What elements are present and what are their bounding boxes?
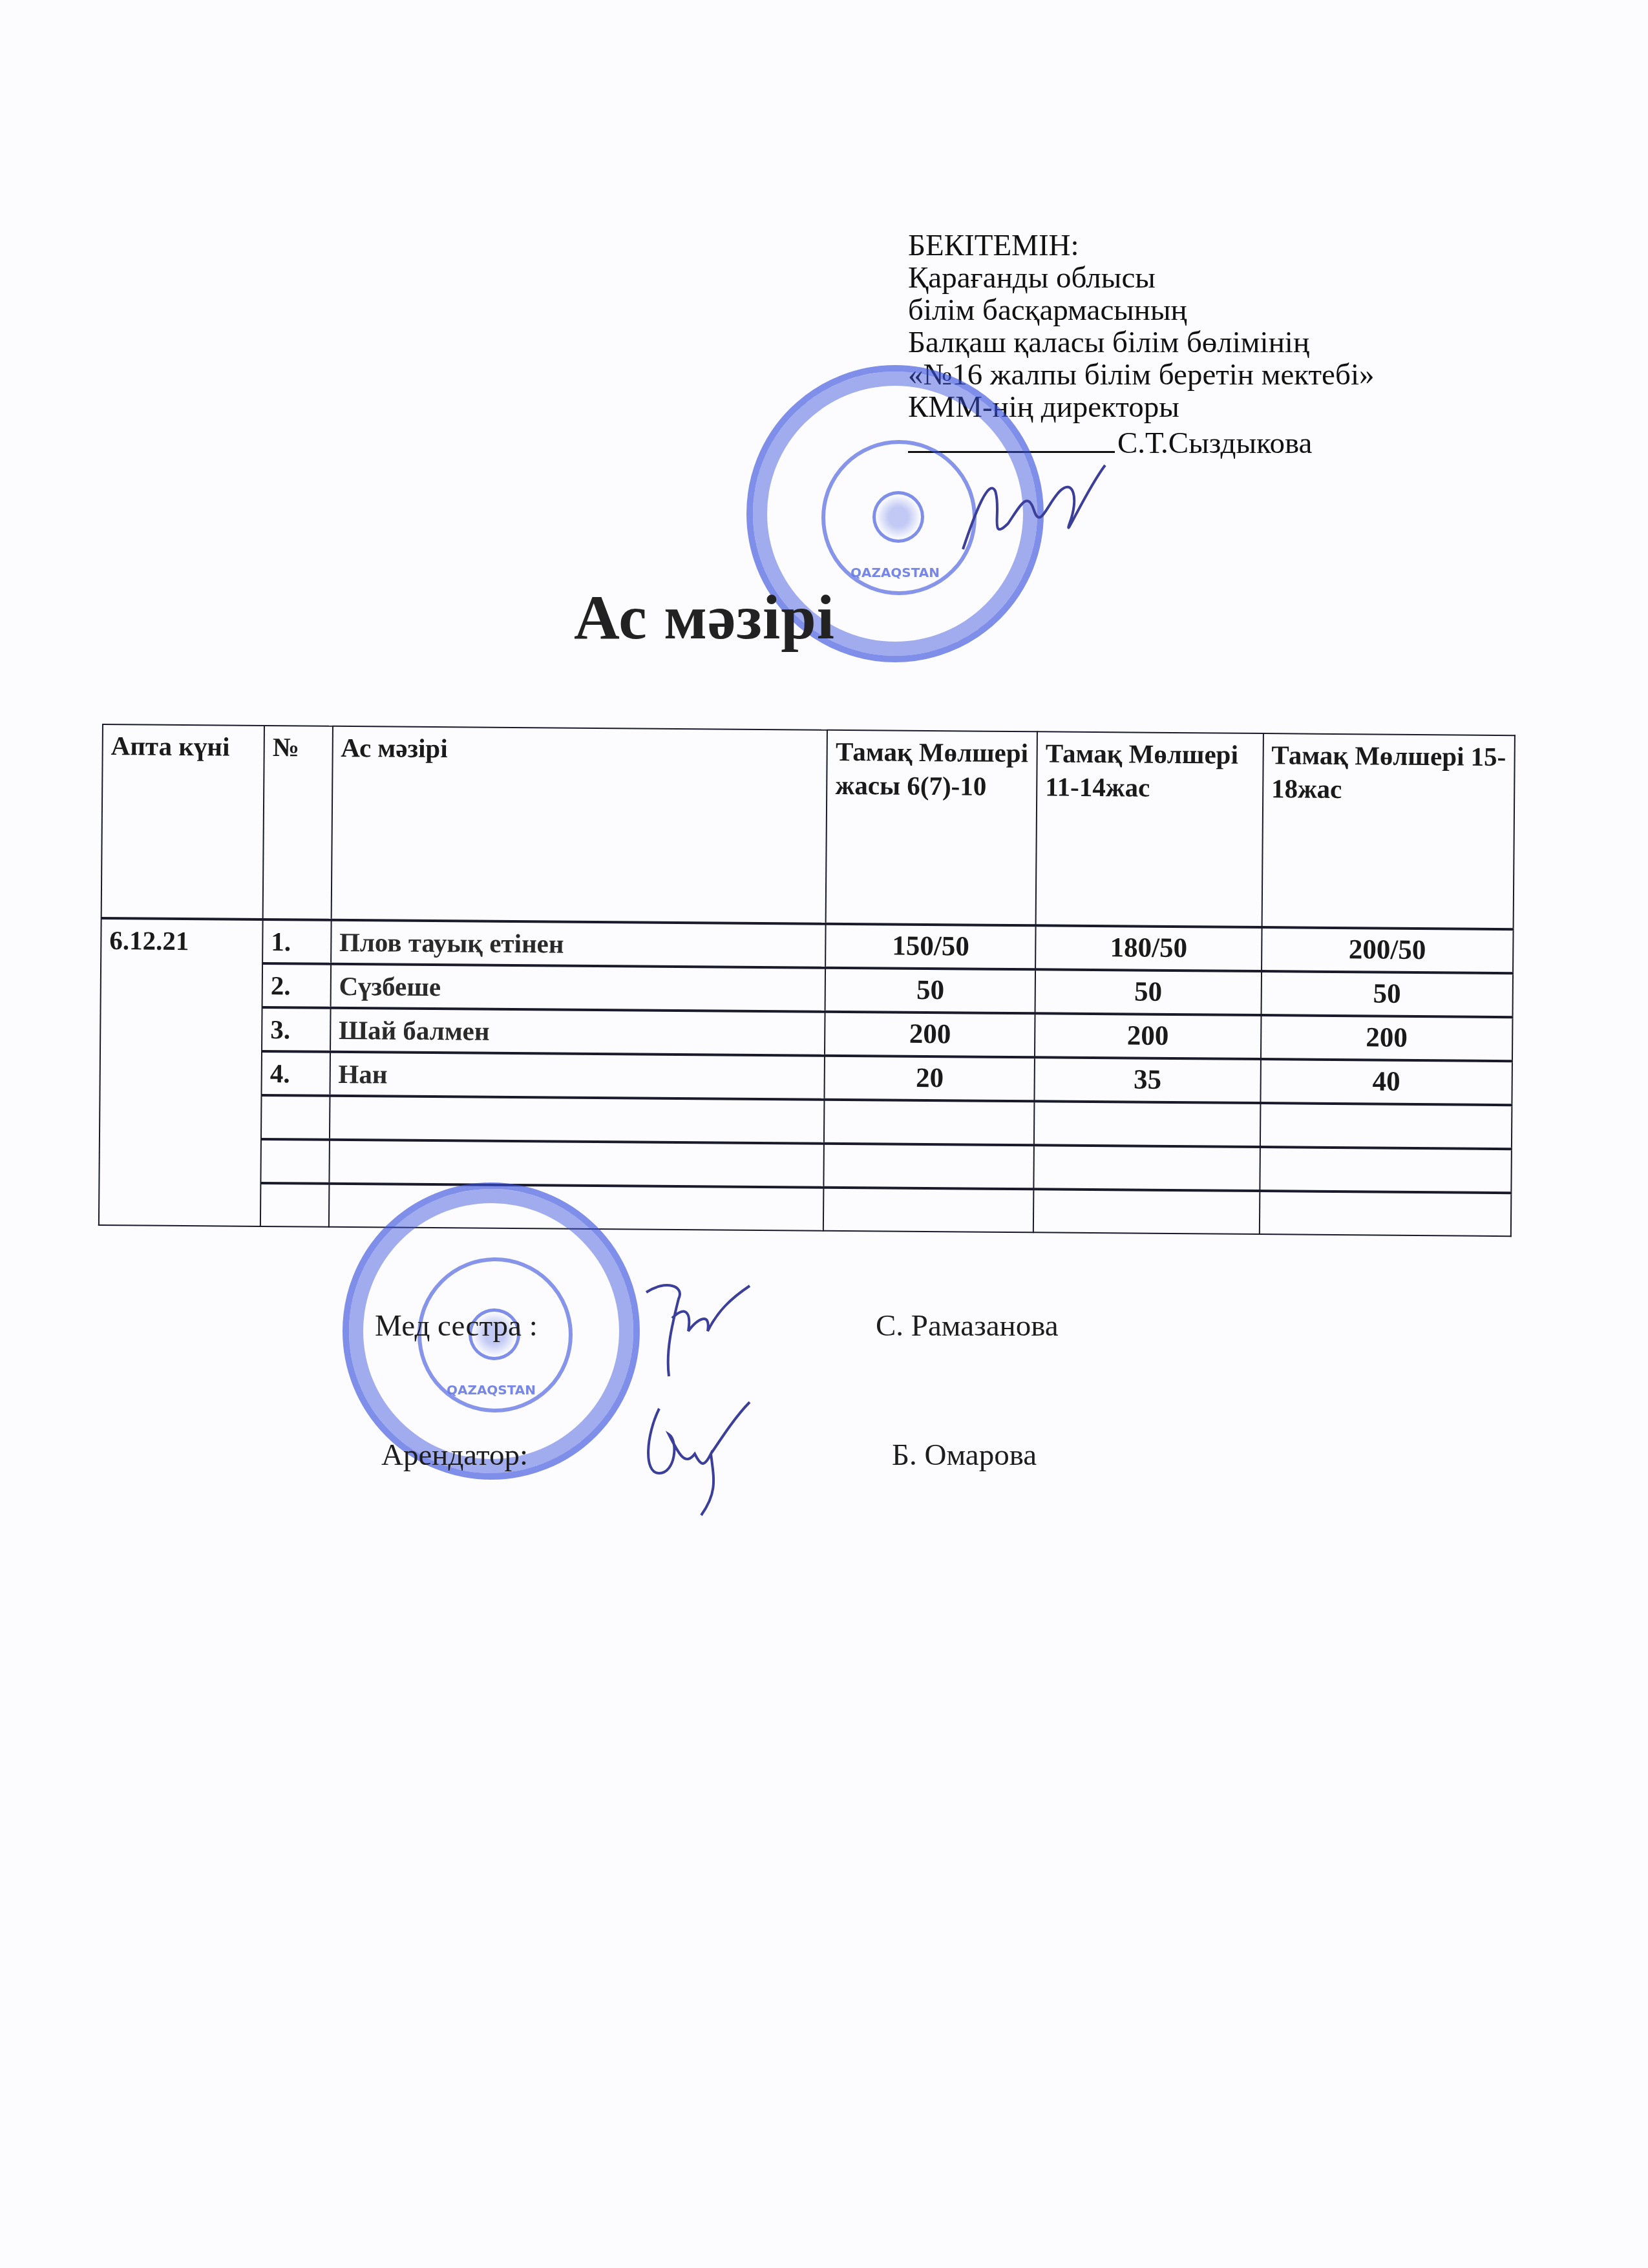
- amount-6-10-cell: [824, 1100, 1034, 1146]
- signature-label-tenant: Арендатор:: [381, 1438, 528, 1473]
- amount-11-14-cell: 200: [1035, 1013, 1261, 1059]
- menu-table: Апта күні № Ас мәзірі Тамақ Мөлшері жасы…: [98, 724, 1516, 1237]
- header-day: Апта күні: [101, 724, 264, 919]
- page-title: Ас мәзірі: [574, 582, 835, 654]
- nurse-signature-icon: [640, 1273, 756, 1383]
- amount-6-10-cell: 200: [825, 1012, 1035, 1058]
- amount-15-18-cell: [1260, 1191, 1512, 1236]
- stamp-emblem-core: [872, 491, 924, 543]
- item-number-cell: [260, 1139, 329, 1184]
- table-body: 6.12.211.Плов тауық етінен150/50180/5020…: [99, 918, 1514, 1236]
- amount-6-10-cell: [824, 1144, 1034, 1190]
- item-number-cell: 4.: [262, 1051, 330, 1096]
- approval-line: білім басқармасының: [908, 294, 1374, 326]
- amount-11-14-cell: 50: [1035, 969, 1262, 1015]
- header-number: №: [263, 726, 333, 920]
- item-number-cell: 3.: [262, 1007, 330, 1052]
- stamp-emblem-text: QAZAQSTAN: [753, 565, 1037, 580]
- amount-11-14-cell: [1034, 1101, 1260, 1147]
- approval-line: Балқаш қаласы білім бөлімінің: [908, 326, 1374, 359]
- director-signature-icon: [950, 452, 1118, 562]
- header-age-15-18: Тамақ Мөлшері 15-18жас: [1262, 733, 1515, 929]
- signature-name-nurse: С. Рамазанова: [876, 1308, 1059, 1343]
- item-number-cell: [260, 1183, 329, 1227]
- header-age-11-14: Тамақ Мөлшері 11-14жас: [1036, 731, 1263, 927]
- item-number-cell: [261, 1095, 330, 1140]
- amount-11-14-cell: [1033, 1189, 1260, 1234]
- amount-6-10-cell: [823, 1188, 1033, 1233]
- amount-6-10-cell: 150/50: [825, 924, 1035, 970]
- item-name-cell: [330, 1096, 825, 1144]
- amount-15-18-cell: 200/50: [1262, 927, 1514, 973]
- approval-line: Қарағанды облысы: [908, 262, 1374, 294]
- header-menu: Ас мәзірі: [331, 726, 827, 924]
- signature-name-tenant: Б. Омарова: [892, 1438, 1037, 1473]
- amount-15-18-cell: [1260, 1147, 1512, 1193]
- item-number-cell: 1.: [262, 919, 331, 964]
- item-name-cell: Плов тауық етінен: [331, 920, 826, 968]
- item-name-cell: Нан: [330, 1052, 825, 1100]
- header-age-6-10: Тамақ Мөлшері жасы 6(7)-10: [826, 730, 1037, 926]
- tenant-signature-icon: [640, 1396, 756, 1518]
- amount-11-14-cell: [1034, 1145, 1260, 1191]
- item-name-cell: Сүзбеше: [330, 964, 825, 1012]
- stamp-emblem-text: QAZAQSTAN: [349, 1382, 633, 1398]
- approval-line: «№16 жалпы білім беретін мектебі»: [908, 359, 1374, 391]
- amount-6-10-cell: 50: [825, 968, 1035, 1014]
- item-name-cell: [329, 1140, 824, 1188]
- amount-15-18-cell: 40: [1260, 1059, 1512, 1105]
- amount-15-18-cell: [1260, 1103, 1512, 1149]
- signature-label-nurse: Мед сестра :: [375, 1308, 538, 1343]
- item-name-cell: Шай балмен: [330, 1008, 825, 1056]
- amount-11-14-cell: 180/50: [1035, 925, 1262, 971]
- table-header-row: Апта күні № Ас мәзірі Тамақ Мөлшері жасы…: [101, 724, 1515, 929]
- week-day-cell: 6.12.21: [99, 918, 263, 1226]
- approval-signatory: С.Т.Сыздыкова: [1117, 426, 1312, 460]
- amount-11-14-cell: 35: [1035, 1057, 1261, 1103]
- amount-15-18-cell: 200: [1261, 1015, 1513, 1061]
- item-number-cell: 2.: [262, 963, 331, 1008]
- amount-6-10-cell: 20: [825, 1056, 1035, 1102]
- approval-heading: БЕКІТЕМІН:: [908, 229, 1374, 262]
- amount-15-18-cell: 50: [1261, 971, 1513, 1017]
